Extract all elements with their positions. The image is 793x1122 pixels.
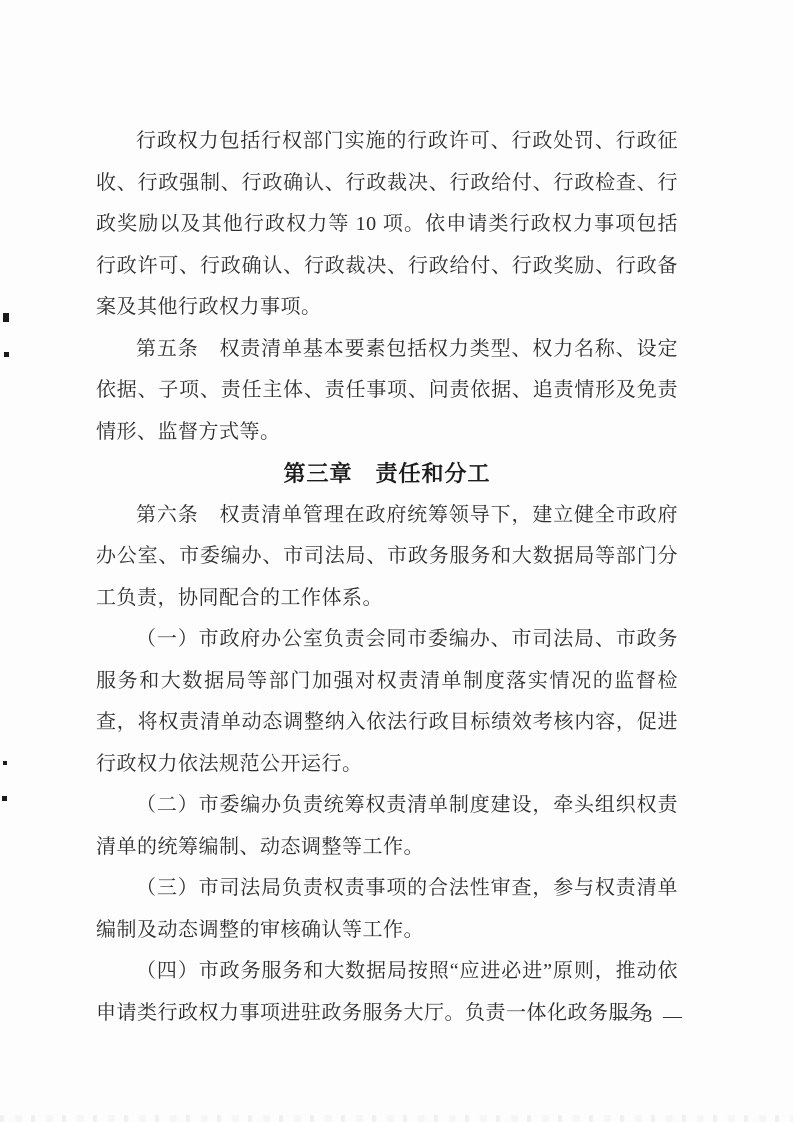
scan-speck (4, 352, 9, 357)
paragraph-admin-power-types: 行政权力包括行权部门实施的行政许可、行政处罚、行政征收、行政强制、行政确认、行政… (96, 121, 678, 329)
scan-speck (3, 761, 7, 765)
document-body: 行政权力包括行权部门实施的行政许可、行政处罚、行政征收、行政强制、行政确认、行政… (96, 121, 678, 1034)
scan-speck (2, 796, 7, 801)
paragraph-article-5: 第五条 权责清单基本要素包括权力类型、权力名称、设定依据、子项、责任主体、责任事… (96, 329, 678, 454)
paragraph-item-four: （四）市政务服务和大数据局按照“应进必进”原则，推动依申请类行政权力事项进驻政务… (96, 951, 678, 1034)
chapter-heading: 第三章 责任和分工 (96, 453, 678, 495)
paragraph-article-6: 第六条 权责清单管理在政府统筹领导下，建立健全市政府办公室、市委编办、市司法局、… (96, 495, 678, 620)
page-number: — 3 — (613, 1006, 685, 1028)
scan-noise-artifact (0, 1115, 793, 1122)
paragraph-item-three: （三）市司法局负责权责事项的合法性审查，参与权责清单编制及动态调整的审核确认等工… (96, 868, 678, 951)
scan-speck (3, 313, 9, 322)
paragraph-item-two: （二）市委编办负责统筹权责清单制度建设，牵头组织权责清单的统筹编制、动态调整等工… (96, 785, 678, 868)
paragraph-item-one: （一）市政府办公室负责会同市委编办、市司法局、市政务服务和大数据局等部门加强对权… (96, 619, 678, 785)
document-page: 行政权力包括行权部门实施的行政许可、行政处罚、行政征收、行政强制、行政确认、行政… (0, 0, 793, 1122)
